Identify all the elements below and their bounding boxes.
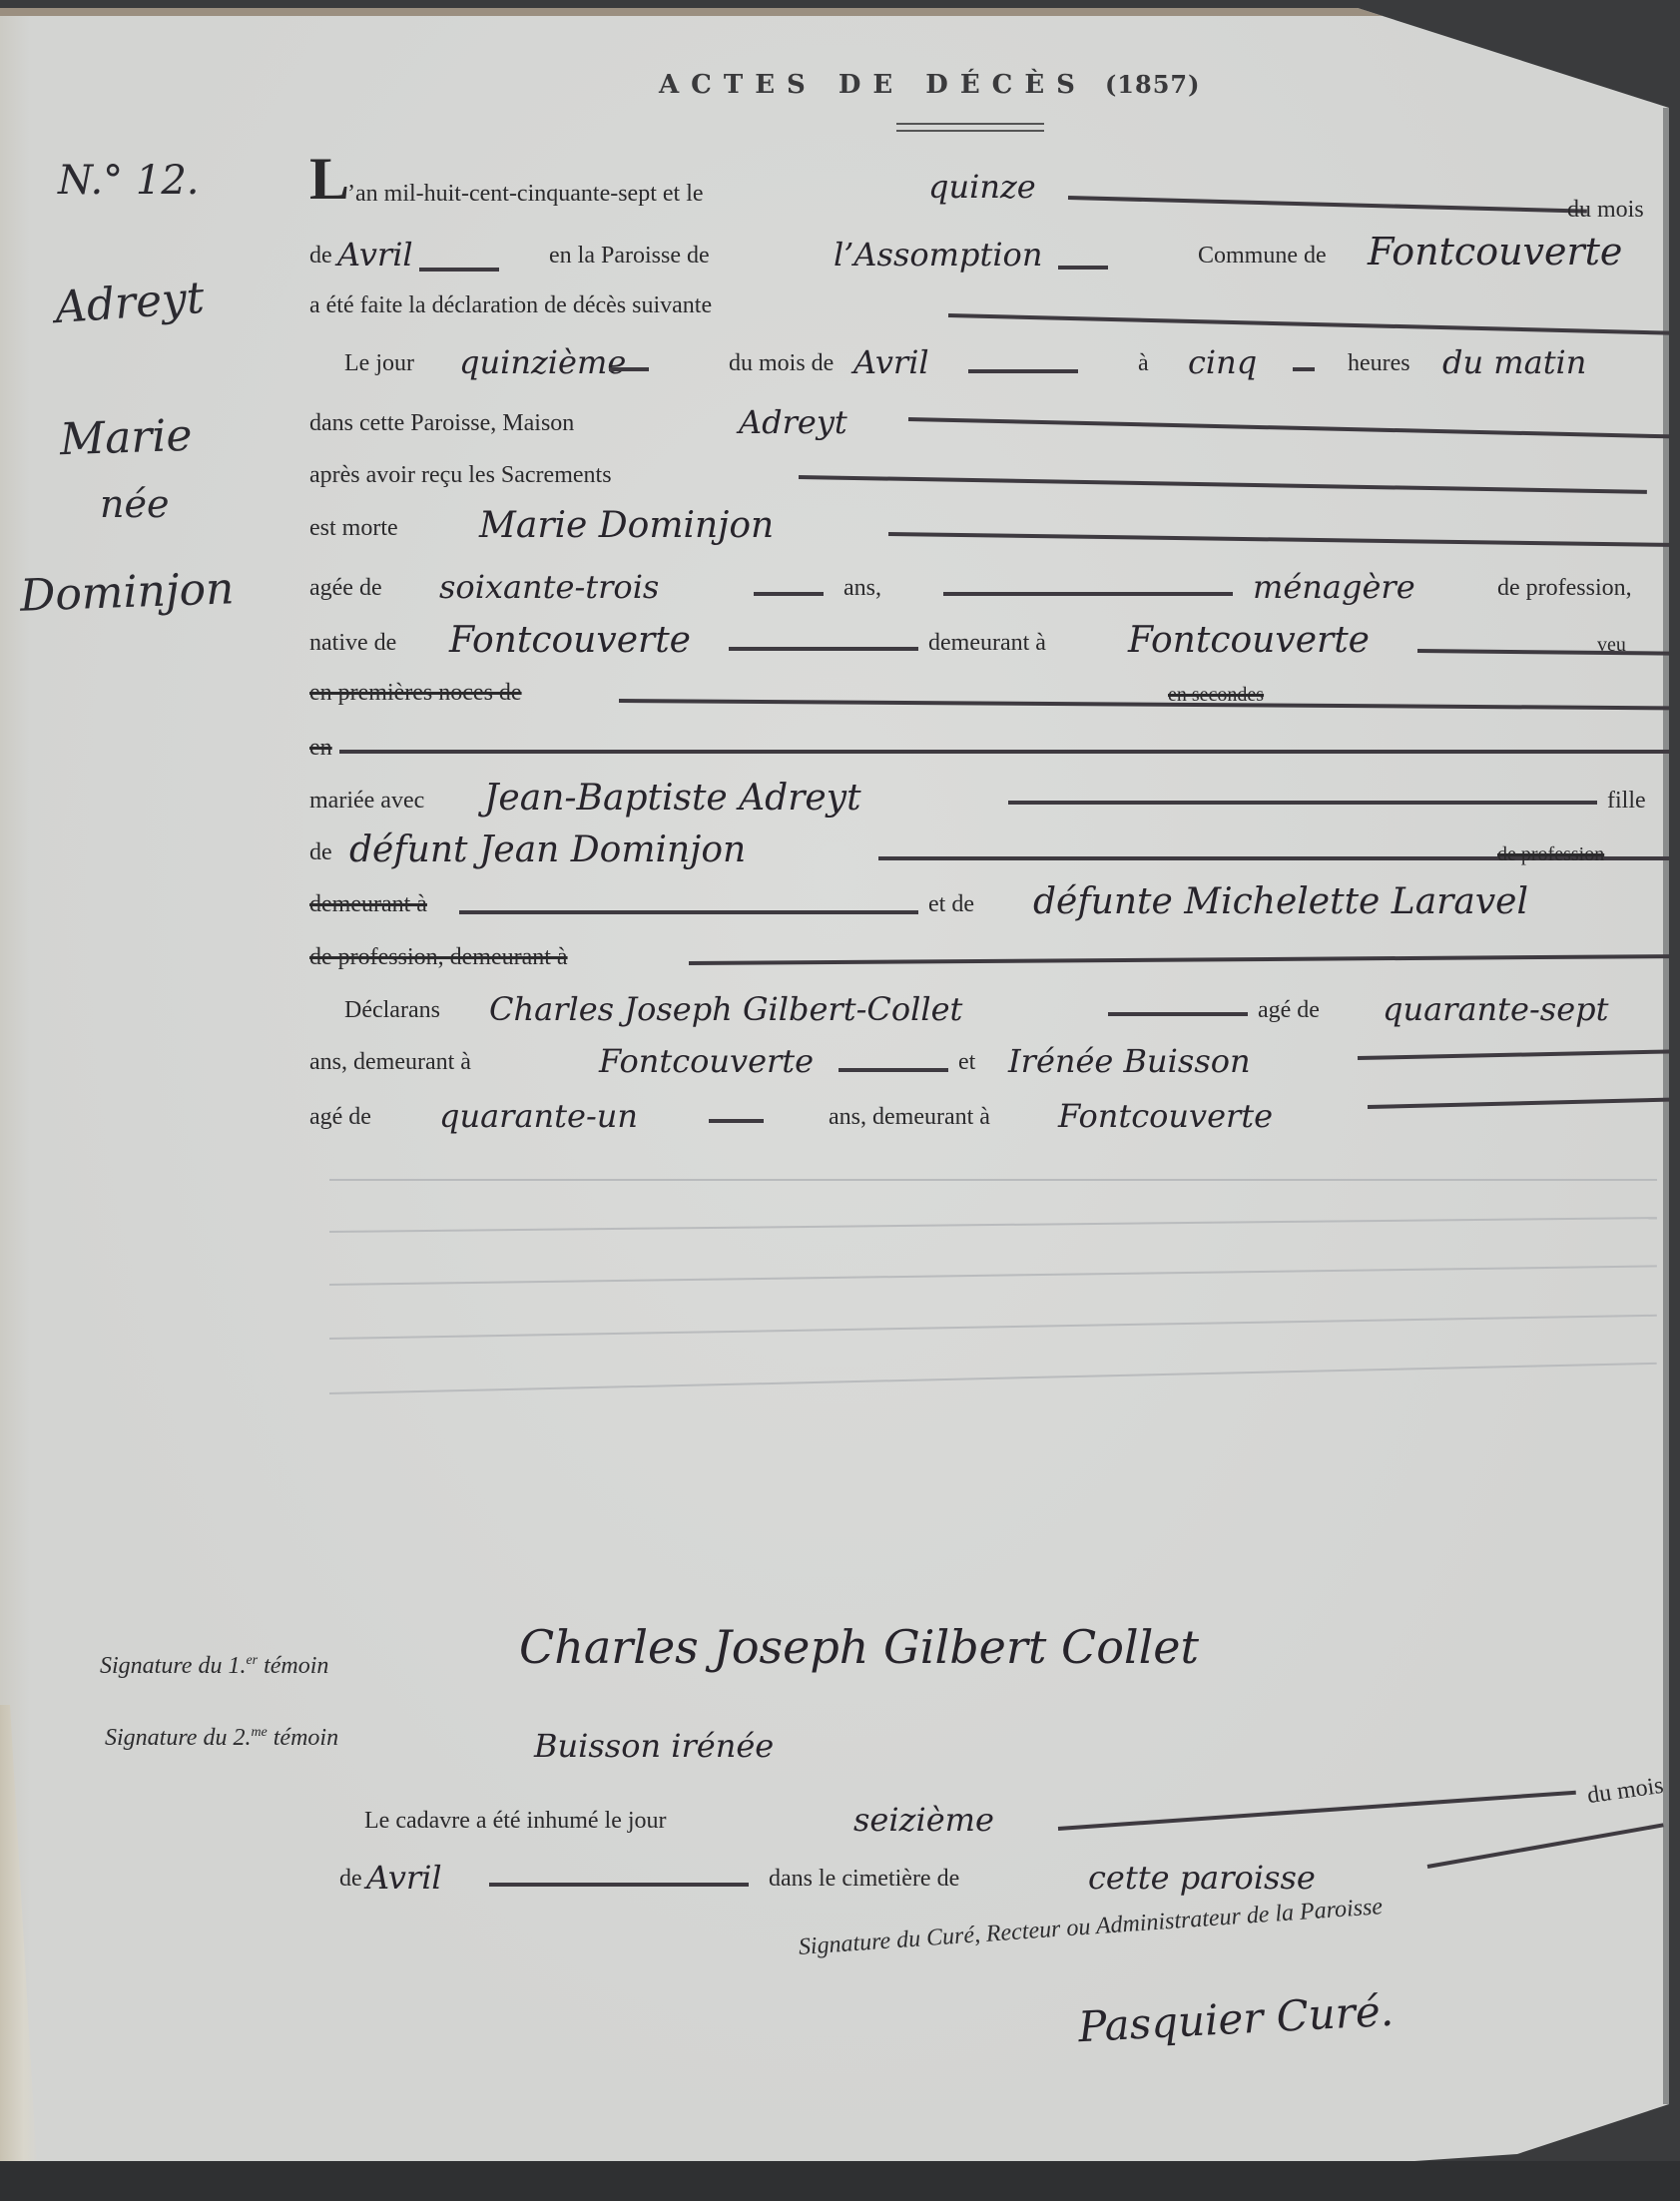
fill-rule (888, 532, 1680, 549)
printed-text: Commune de (1198, 243, 1327, 270)
title-text: ACTES DE DÉCÈS (659, 70, 1087, 100)
act-number: N.° 12. (58, 158, 199, 204)
printed-text: Le jour (344, 350, 414, 377)
printed-text: de profession, (1497, 575, 1632, 602)
burial-line-1: Le cadavre a été inhumé le jour seizième… (309, 1795, 1649, 1843)
printed-text: après avoir reçu les Sacrements (309, 462, 612, 489)
record-line-14: demeurant à et de défunte Michelette Lar… (309, 878, 1649, 926)
handwritten-witness1-residence: Fontcouverte (599, 1042, 814, 1080)
page-title: ACTES DE DÉCÈS(1857) (659, 70, 1200, 100)
record-line-4: Le jour quinzième du mois de Avril à cin… (309, 337, 1649, 385)
witness2-signature-label: Signature du 2.me témoin (105, 1725, 338, 1752)
blank-ruled-line (329, 1265, 1657, 1286)
printed-text: mariée avec (309, 788, 424, 815)
struck-printed-text: demeurant à (309, 891, 427, 918)
handwritten-witness2-residence: Fontcouverte (1058, 1097, 1273, 1135)
fill-rule (799, 475, 1647, 494)
handwritten-house: Adreyt (739, 403, 847, 441)
handwritten-birthplace: Fontcouverte (449, 620, 691, 661)
register-page: ACTES DE DÉCÈS(1857) N.° 12. Adreyt Mari… (0, 8, 1669, 2174)
drop-cap: L (309, 145, 349, 214)
record-line-13: de défunt Jean Dominjon de profession (309, 826, 1649, 874)
fill-rule (908, 417, 1680, 443)
printed-text: ’an mil-huit-cent-cinquante-sept et le (347, 181, 704, 208)
struck-printed-text: de profession (1497, 843, 1604, 866)
handwritten-parish: l’Assomption (834, 236, 1042, 274)
struck-printed-text: en premières noces de (309, 680, 522, 707)
burial-line-2: de Avril dans le cimetière de cette paro… (309, 1853, 1649, 1901)
handwritten-day: quinze (928, 168, 1036, 206)
fill-rule (1008, 801, 1597, 805)
printed-text: du mois de (729, 350, 834, 377)
printed-text: à (1138, 350, 1149, 377)
printed-text: du mois (1567, 197, 1644, 224)
printed-text: veu (1597, 634, 1626, 657)
fill-rule (419, 268, 499, 272)
page-stack-edge (0, 1705, 40, 2184)
record-line-8: agée de soixante-trois ans, ménagère de … (309, 562, 1649, 610)
fill-rule (1417, 649, 1680, 656)
printed-text: Le cadavre a été inhumé le jour (364, 1808, 667, 1835)
page-right-edge (1663, 108, 1669, 2104)
printed-text: de (339, 1866, 362, 1893)
printed-text: agée de (309, 575, 382, 602)
printed-text: ans, demeurant à (829, 1104, 990, 1131)
handwritten-burial-month: Avril (366, 1859, 442, 1897)
witness2-signature: Buisson irénée (534, 1727, 774, 1765)
strike-rule (689, 954, 1680, 965)
handwritten-hour: cinq (1188, 343, 1257, 381)
record-line-3: a été faite la déclaration de décès suiv… (309, 279, 1649, 327)
page-top-edge (0, 8, 1669, 16)
handwritten-mother: défunte Michelette Laravel (1033, 881, 1528, 922)
handwritten-month: Avril (853, 343, 929, 381)
printed-text: a été faite la déclaration de décès suiv… (309, 292, 712, 319)
record-line-15: de profession, demeurant à (309, 931, 1649, 979)
handwritten-commune: Fontcouverte (1368, 230, 1622, 274)
margin-maiden-name: Dominjon (19, 563, 235, 621)
handwritten-day: quinzième (459, 343, 626, 381)
blank-ruled-line (329, 1315, 1657, 1340)
background-below-page (0, 2161, 1680, 2201)
handwritten-burial-day: seizième (853, 1801, 994, 1839)
printed-text: et (958, 1049, 975, 1076)
handwritten-spouse: Jean-Baptiste Adreyt (484, 778, 861, 819)
fill-rule (1368, 1097, 1680, 1109)
fill-rule (609, 367, 649, 371)
handwritten-month: Avril (337, 236, 413, 274)
cure-signature: Pasquier Curé. (1077, 1986, 1395, 2051)
record-line-6: après avoir reçu les Sacrements (309, 449, 1649, 497)
handwritten-father: défunt Jean Dominjon (349, 829, 746, 870)
handwritten-deceased-name: Marie Dominjon (479, 505, 774, 546)
fill-rule (943, 592, 1233, 596)
printed-text: de (309, 243, 332, 270)
blank-ruled-line (329, 1363, 1657, 1394)
printed-text: Déclarans (344, 997, 440, 1024)
fill-rule (1108, 1012, 1248, 1016)
fill-rule (489, 1883, 749, 1887)
fill-rule (709, 1119, 764, 1123)
record-line-2: de Avril en la Paroisse de l’Assomption … (309, 230, 1649, 277)
fill-rule (968, 369, 1078, 373)
handwritten-witness2-name: Irénée Buisson (1008, 1042, 1251, 1080)
printed-text: ans, (843, 575, 881, 602)
fill-rule (754, 592, 824, 596)
record-line-10: en premières noces de en secondes (309, 667, 1649, 715)
fill-rule (1058, 1791, 1576, 1831)
record-line-1: L ’an mil-huit-cent-cinquante-sept et le… (309, 168, 1649, 216)
printed-text: du mois (1585, 1773, 1665, 1810)
printed-text: est morte (309, 515, 398, 542)
record-line-9: native de Fontcouverte demeurant à Fontc… (309, 617, 1649, 665)
handwritten-profession: ménagère (1253, 568, 1415, 606)
record-line-5: dans cette Paroisse, Maison Adreyt (309, 397, 1649, 445)
printed-text: agé de (309, 1104, 371, 1131)
fill-rule (839, 1068, 948, 1072)
printed-text: fille (1607, 788, 1646, 815)
printed-text: heures (1348, 350, 1410, 377)
printed-text: de (309, 839, 332, 866)
record-line-16: Déclarans Charles Joseph Gilbert-Collet … (309, 984, 1649, 1032)
printed-text: dans le cimetière de (769, 1866, 959, 1893)
printed-text: agé de (1258, 997, 1320, 1024)
witness1-signature: Charles Joseph Gilbert Collet (519, 1620, 1199, 1674)
handwritten-residence: Fontcouverte (1128, 620, 1370, 661)
handwritten-witness1-age: quarante-sept (1383, 990, 1608, 1028)
handwritten-witness1-name: Charles Joseph Gilbert-Collet (489, 990, 962, 1028)
printed-text: ans, demeurant à (309, 1049, 471, 1076)
struck-printed-text: de profession, demeurant à (309, 944, 568, 971)
margin-given-name: Marie (59, 410, 193, 466)
printed-text: en la Paroisse de (549, 243, 710, 270)
title-year: (1857) (1105, 70, 1201, 99)
record-line-12: mariée avec Jean-Baptiste Adreyt fille (309, 775, 1649, 823)
witness1-signature-label: Signature du 1.er témoin (100, 1653, 328, 1680)
margin-nee: née (100, 482, 169, 526)
struck-printed-text: en secondes (1168, 684, 1264, 707)
fill-rule (1358, 1049, 1680, 1060)
fill-rule (729, 647, 918, 651)
fill-rule (1293, 367, 1315, 371)
margin-surname: Adreyt (53, 273, 206, 333)
printed-text: native de (309, 630, 396, 657)
fill-rule (948, 313, 1680, 339)
handwritten-witness2-age: quarante-un (439, 1097, 638, 1135)
record-line-17: ans, demeurant à Fontcouverte et Irénée … (309, 1036, 1649, 1084)
fill-rule (1058, 266, 1108, 270)
strike-rule (339, 750, 1680, 754)
handwritten-age: soixante-trois (439, 568, 659, 606)
strike-rule (459, 910, 918, 914)
handwritten-cemetery: cette paroisse (1088, 1859, 1316, 1897)
record-line-18: agé de quarante-un ans, demeurant à Font… (309, 1091, 1649, 1139)
struck-printed-text: en (309, 735, 332, 762)
blank-ruled-line (329, 1179, 1657, 1181)
strike-rule (619, 699, 1680, 710)
record-line-11: en (309, 722, 1649, 770)
cure-signature-label: Signature du Curé, Recteur ou Administra… (798, 1894, 1384, 1961)
title-rule (896, 123, 1044, 132)
record-line-7: est morte Marie Dominjon (309, 502, 1649, 550)
printed-text: demeurant à (928, 630, 1046, 657)
printed-text: dans cette Paroisse, Maison (309, 410, 574, 437)
blank-ruled-line (329, 1217, 1657, 1233)
handwritten-time-of-day: du matin (1442, 343, 1586, 381)
printed-text: et de (928, 891, 974, 918)
fill-rule (1068, 196, 1587, 214)
